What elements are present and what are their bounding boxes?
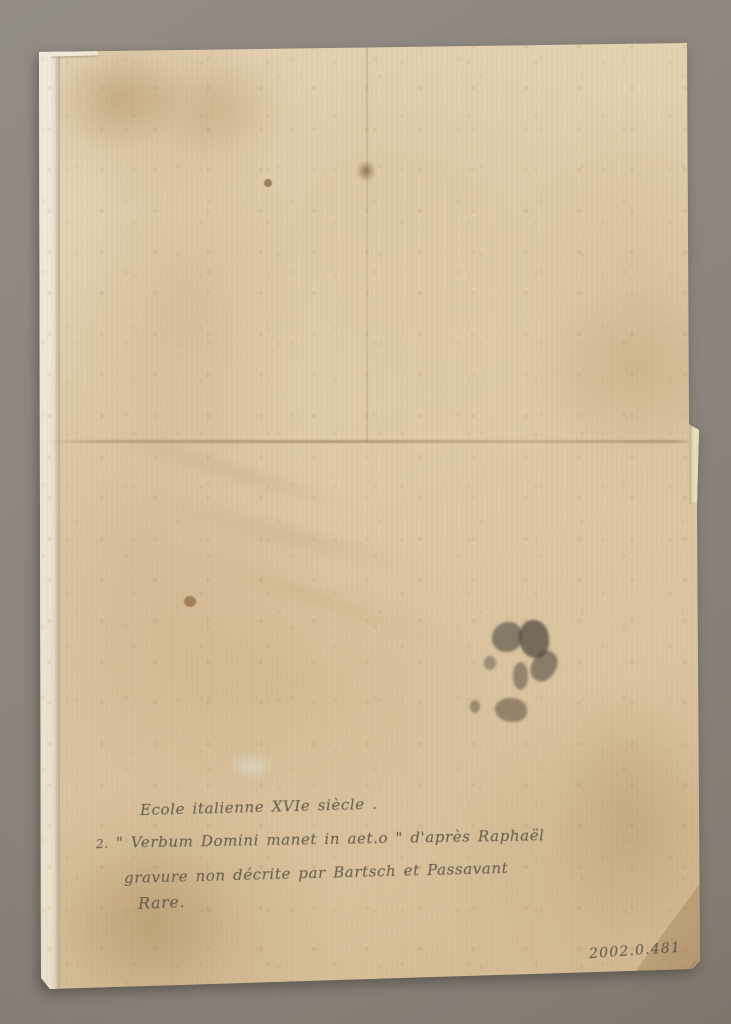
ink-smudge — [526, 646, 563, 686]
stain-streak — [104, 423, 371, 522]
inscription-line-2: " Verbum Domini manet in aet.o " d'après… — [116, 826, 545, 851]
ink-smudge — [519, 620, 549, 658]
ink-smudge — [492, 622, 522, 652]
stain-streak — [137, 484, 435, 586]
stain-top-left-2 — [156, 60, 276, 160]
inscription-line-3: gravure non décrite par Bartsch et Passa… — [124, 859, 509, 887]
stain-bottom-right — [556, 690, 696, 930]
hinge-strip — [36, 40, 60, 992]
corner-fold-crease — [646, 961, 696, 1024]
fox-spot — [264, 179, 272, 187]
stain-bottom-left — [66, 840, 236, 1010]
photograph-background: Ecole italienne XVIe siècle . 2. " Verbu… — [0, 0, 731, 1024]
stain-streak — [179, 540, 452, 656]
inscription-line-4: Rare. — [138, 892, 186, 913]
top-edge-fold-tab — [50, 42, 98, 56]
ink-smudge — [495, 698, 527, 722]
ink-smudge — [470, 700, 480, 713]
tape-remnant — [689, 426, 702, 504]
paper-verso: Ecole italienne XVIe siècle . 2. " Verbu… — [36, 40, 702, 992]
paper-sheet-wrapper: Ecole italienne XVIe siècle . 2. " Verbu… — [36, 40, 702, 992]
ink-smudge — [513, 662, 528, 690]
fox-spot — [184, 596, 196, 607]
corner-fold — [635, 882, 701, 972]
pale-patch — [228, 752, 276, 780]
horizontal-fold-crease — [46, 440, 694, 443]
ink-smudge — [484, 656, 496, 670]
inscription-margin-mark: 2. — [96, 837, 109, 851]
vertical-fold-crease — [366, 44, 368, 442]
inscription-line-1: Ecole italienne XVIe siècle . — [140, 795, 378, 819]
stain-top-left — [54, 44, 184, 154]
